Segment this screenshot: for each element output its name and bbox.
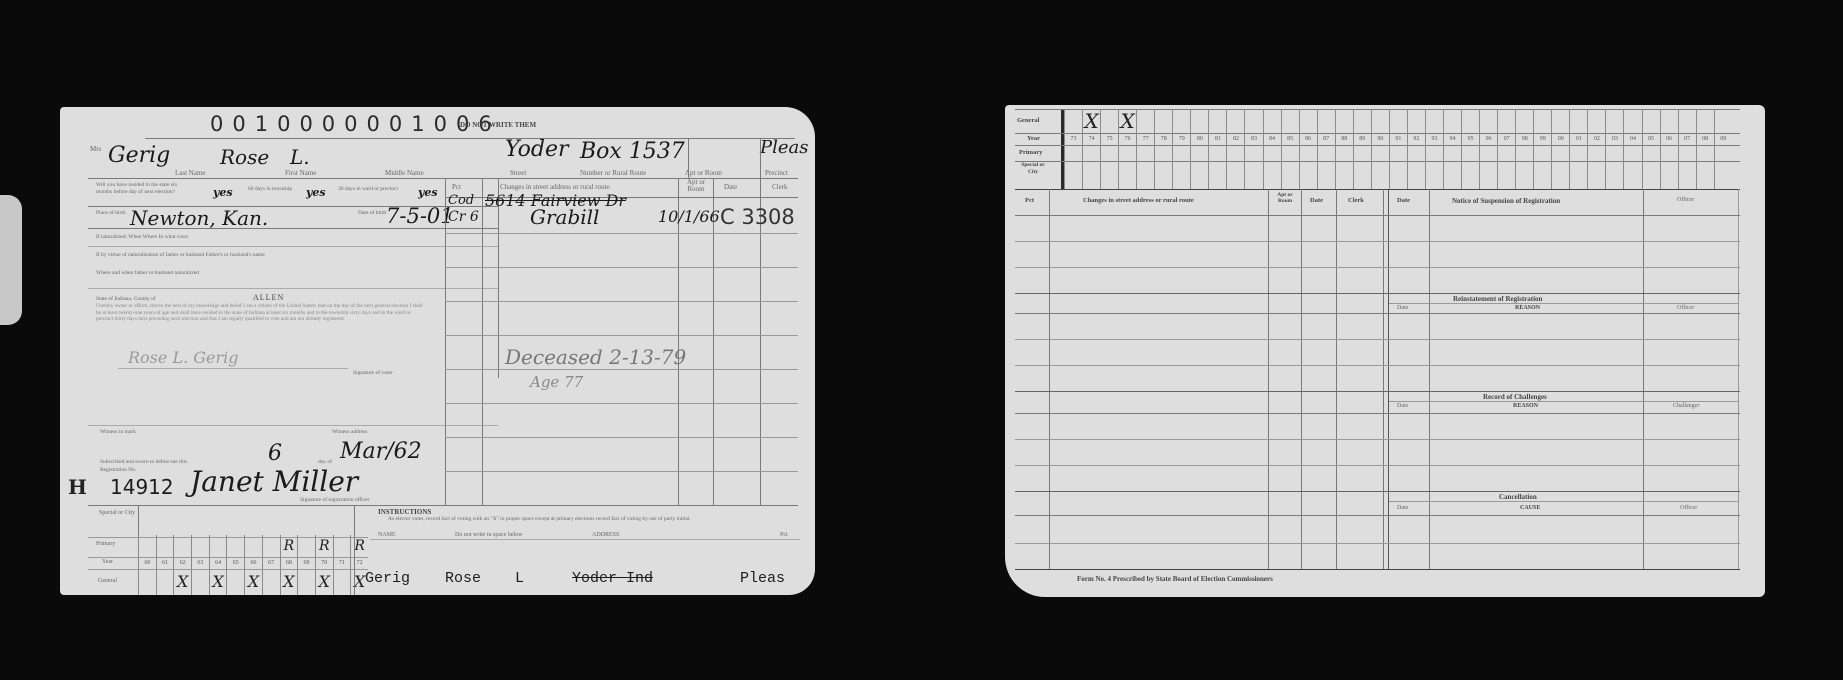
year-cell: 69	[297, 557, 315, 569]
changes-header-clerk: Clerk	[772, 183, 788, 191]
year-cell: 65	[226, 557, 244, 569]
date-of-birth: 7-5-01	[386, 204, 454, 228]
typed-precinct: Pleas	[740, 570, 785, 587]
empty-cell	[1533, 145, 1551, 189]
row-label-general: General	[98, 578, 117, 584]
primary-mark-cell	[333, 535, 351, 557]
personal-info-block: Will you have resided in the state six m…	[88, 178, 499, 378]
empty-cell	[1263, 145, 1281, 189]
registration-letter: H	[68, 475, 87, 499]
primary-mark-cell	[138, 535, 156, 557]
general-mark-cell	[1569, 109, 1587, 133]
primary-mark-cell	[297, 535, 315, 557]
form-footer: Form No. 4 Prescribed by State Board of …	[1077, 575, 1273, 583]
primary-mark-cell: R	[315, 535, 333, 557]
year-cell: 06	[1660, 133, 1678, 145]
serial-number: 0010000001006	[210, 112, 501, 136]
year-cell: 86	[1299, 133, 1317, 145]
year-cell: 05	[1642, 133, 1660, 145]
oath-text: I hereby swear or affirm, that to the be…	[96, 303, 426, 323]
year-cell: 95	[1461, 133, 1479, 145]
number-rural-route: Box 1537	[580, 139, 685, 164]
general-mark-cell	[1660, 109, 1678, 133]
changes-header-address: Changes in street address or rural route	[500, 183, 610, 191]
label-street: Street	[510, 169, 526, 177]
empty-cell	[1569, 145, 1587, 189]
empty-cell	[1425, 145, 1443, 189]
label-pct: Pct	[780, 532, 788, 538]
empty-cell	[1172, 145, 1190, 189]
empty-cell	[1605, 145, 1623, 189]
general-mark-cell	[156, 569, 174, 595]
empty-cell	[1551, 145, 1569, 189]
year-cell: 92	[1407, 133, 1425, 145]
changes-header-apt: Apt or Room	[682, 179, 710, 193]
year-cell: 04	[1623, 133, 1641, 145]
general-mark-cell: X	[1082, 109, 1100, 133]
primary-mark-cell	[209, 535, 227, 557]
year-cell: 85	[1281, 133, 1299, 145]
general-mark-cell	[1208, 109, 1226, 133]
general-mark-cell	[1281, 109, 1299, 133]
label-oath-county: State of Indiana, County of	[96, 296, 156, 302]
year-cell: 97	[1497, 133, 1515, 145]
empty-cell	[1515, 145, 1533, 189]
general-mark-cell	[1497, 109, 1515, 133]
year-cell: 80	[1190, 133, 1208, 145]
year-cell: 71	[333, 557, 351, 569]
general-mark-cell	[1678, 109, 1696, 133]
general-mark-cell	[1407, 109, 1425, 133]
registration-card-back: General Year Primary Special or City 737…	[1005, 105, 1765, 597]
label-township: 60 days in township	[248, 186, 298, 193]
label-ward: 30 days in ward or precinct	[338, 186, 403, 193]
year-cell: 94	[1443, 133, 1461, 145]
general-mark-cell	[1371, 109, 1389, 133]
reinstatement-title: Reinstatement of Registration	[1453, 295, 1542, 303]
general-mark-cell	[1642, 109, 1660, 133]
typed-address-struck: Yoder Ind	[572, 570, 653, 587]
year-cell: 91	[1389, 133, 1407, 145]
empty-cell	[1714, 145, 1732, 189]
empty-cell	[1696, 145, 1714, 189]
street: Yoder	[505, 137, 568, 162]
answer-township: yes	[306, 186, 326, 199]
suspension-header-date: Date	[1397, 197, 1410, 204]
general-mark-cell	[262, 569, 280, 595]
primary-mark-cell: R	[350, 535, 368, 557]
general-mark-cell	[1443, 109, 1461, 133]
empty-cell	[1154, 145, 1172, 189]
general-mark-cell: X	[1118, 109, 1136, 133]
label-number: Number or Rural Route	[580, 169, 646, 177]
general-mark-cell	[1533, 109, 1551, 133]
year-cell: 81	[1208, 133, 1226, 145]
general-mark-cell	[1551, 109, 1569, 133]
year-cell: 63	[191, 557, 209, 569]
general-mark-cell	[1226, 109, 1244, 133]
precinct: Pleas	[760, 137, 809, 158]
typed-first-name: Rose	[445, 570, 481, 587]
suspension-header-officer: Officer	[1677, 197, 1694, 203]
row-label-year: Year	[1027, 135, 1040, 142]
label-do-not-write: Do not write in space below	[455, 532, 522, 538]
general-mark-cell	[1714, 109, 1732, 133]
label-witness-address: Witness address	[332, 429, 367, 435]
label-place-of-birth: Place of birth	[96, 210, 126, 217]
general-mark-cell: X	[209, 569, 227, 595]
year-cell: 07	[1678, 133, 1696, 145]
year-cell: 98	[1515, 133, 1533, 145]
changes-row-1-pct: Cod	[448, 193, 474, 208]
general-mark-cell: X	[315, 569, 333, 595]
year-cell: 79	[1172, 133, 1190, 145]
title-prefix: Mrs	[90, 145, 101, 153]
general-mark-cell	[138, 569, 156, 595]
changes-header-date: Date	[724, 183, 737, 191]
registration-officer-signature: Janet Miller	[190, 465, 358, 498]
year-cell: 89	[1353, 133, 1371, 145]
general-mark-cell	[1461, 109, 1479, 133]
empty-cell	[1190, 145, 1208, 189]
typed-last-name: Gerig	[365, 570, 410, 587]
year-cell: 62	[173, 557, 191, 569]
registration-card-front: 0010000001006 DO NOT WRITE THEM Mrs Geri…	[60, 107, 815, 595]
sworn-month-year: Mar/62	[340, 439, 422, 464]
reinstatement-header-reason: REASON	[1515, 305, 1540, 311]
general-mark-cell	[1136, 109, 1154, 133]
year-cell: 96	[1479, 133, 1497, 145]
changes-row-2-pct: Cr 6	[448, 209, 479, 225]
general-mark-cell	[1515, 109, 1533, 133]
label-first-name: First Name	[285, 169, 316, 177]
last-name: Gerig	[108, 143, 170, 168]
general-mark-cell	[1605, 109, 1623, 133]
general-mark-cell	[1353, 109, 1371, 133]
year-cell: 01	[1569, 133, 1587, 145]
deceased-age-note: Age 77	[530, 373, 583, 391]
label-precinct: Precinct	[765, 169, 788, 177]
empty-cell	[1353, 145, 1371, 189]
year-row: 7374757677787980818283848586878889909192…	[1064, 133, 1732, 145]
year-cell: 61	[156, 557, 174, 569]
year-cell: 72	[350, 557, 368, 569]
empty-cell	[1317, 145, 1335, 189]
general-mark-cell: X	[244, 569, 262, 595]
year-cell: 88	[1335, 133, 1353, 145]
empty-cell	[1497, 145, 1515, 189]
label-witness-mark: Witness to mark	[100, 429, 136, 435]
year-cell: 76	[1118, 133, 1136, 145]
empty-cell	[1064, 145, 1082, 189]
general-mark-cell	[1425, 109, 1443, 133]
row-label-special: Special or City	[96, 510, 138, 517]
changes-row-2-date: 10/1/66	[658, 207, 720, 226]
label-signature-voter: Signature of voter	[353, 370, 393, 376]
challenges-header-challenger: Challenger	[1673, 403, 1699, 409]
general-mark-cell	[191, 569, 209, 595]
county: ALLEN	[253, 293, 284, 302]
general-row: XXXXXX	[138, 569, 368, 595]
year-cell: 64	[209, 557, 227, 569]
label-state-residency: Will you have resided in the state six m…	[96, 182, 191, 196]
empty-cell	[1479, 145, 1497, 189]
year-cell: 93	[1425, 133, 1443, 145]
empty-cell	[1208, 145, 1226, 189]
empty-cell	[1335, 145, 1353, 189]
general-mark-cell	[1100, 109, 1118, 133]
challenges-header-reason: REASON	[1513, 403, 1538, 409]
challenges-header-date: Date	[1397, 403, 1408, 409]
year-cell: 68	[280, 557, 298, 569]
label-father-husband: If by virtue of naturalization of father…	[96, 252, 396, 259]
general-mark-cell	[1696, 109, 1714, 133]
year-cell: 78	[1154, 133, 1172, 145]
cancellation-title: Cancellation	[1499, 493, 1537, 501]
general-mark-cell	[1172, 109, 1190, 133]
reinstatement-header-officer: Officer	[1677, 305, 1694, 311]
empty-cell	[1389, 145, 1407, 189]
year-cell: 00	[1551, 133, 1569, 145]
year-cell: 75	[1100, 133, 1118, 145]
empty-cell	[1118, 145, 1136, 189]
empty-cell	[1371, 145, 1389, 189]
label-subscribed: Subscribed and sworn to before me this	[100, 459, 187, 465]
general-mark-cell	[333, 569, 351, 595]
general-mark-cell	[1064, 109, 1082, 133]
answer-ward: yes	[418, 186, 438, 199]
year-cell: 67	[262, 557, 280, 569]
year-cell: 77	[1136, 133, 1154, 145]
empty-cell	[1281, 145, 1299, 189]
typed-middle-initial: L	[515, 570, 524, 587]
general-mark-cell	[1479, 109, 1497, 133]
cancellation-header-officer: Officer	[1680, 505, 1697, 511]
empty-cell	[1660, 145, 1678, 189]
label-middle-name: Middle Name	[385, 169, 424, 177]
general-mark-cell	[1244, 109, 1262, 133]
general-mark-cell	[1587, 109, 1605, 133]
empty-cell	[1443, 145, 1461, 189]
challenges-title: Record of Challenges	[1483, 393, 1547, 401]
label-registration-no: Registration No.	[100, 467, 136, 473]
changes-header-apt: Apt or Room	[1271, 192, 1299, 204]
empty-cell	[1642, 145, 1660, 189]
first-name: Rose	[220, 145, 269, 169]
general-mark-cell	[1335, 109, 1353, 133]
empty-cell	[1100, 145, 1118, 189]
answer-state-residency: yes	[213, 186, 233, 199]
primary-row: RRR	[138, 535, 368, 557]
year-cell: 83	[1244, 133, 1262, 145]
year-cell: 09	[1714, 133, 1732, 145]
row-label-special: Special or City	[1021, 162, 1045, 176]
label-last-name: Last Name	[175, 169, 206, 177]
label-apt: Apt or Room	[685, 169, 722, 177]
year-cell: 03	[1605, 133, 1623, 145]
row-label-primary: Primary	[96, 541, 115, 547]
instructions-title: INSTRUCTIONS	[378, 508, 431, 516]
changes-header-pct: Pct	[1025, 197, 1034, 204]
empty-cell	[1226, 145, 1244, 189]
label-signature-officer: Signature of registration officer	[300, 497, 369, 503]
label-where-when: Where and when father or husband natural…	[96, 270, 216, 277]
reinstatement-header-date: Date	[1397, 305, 1408, 311]
cancellation-header-cause: CAUSE	[1520, 505, 1540, 511]
row-label-primary: Primary	[1019, 149, 1042, 156]
scan-artifact-left-edge	[0, 195, 22, 325]
general-mark-cell	[1389, 109, 1407, 133]
year-cell: 70	[315, 557, 333, 569]
label-name: NAME	[378, 532, 396, 538]
general-mark-cell: X	[173, 569, 191, 595]
year-cell: 90	[1371, 133, 1389, 145]
middle-name: L.	[290, 145, 310, 169]
empty-cell	[1299, 145, 1317, 189]
primary-mark-cell: R	[280, 535, 298, 557]
row-label-year: Year	[102, 559, 113, 565]
year-cell: 74	[1082, 133, 1100, 145]
year-cell: 82	[1226, 133, 1244, 145]
instructions-text: As elector votes, record fact of voting …	[388, 516, 768, 523]
primary-mark-cell	[262, 535, 280, 557]
label-address: ADDRESS	[592, 532, 619, 538]
general-mark-cell	[297, 569, 315, 595]
general-mark-cell	[1154, 109, 1172, 133]
changes-row-2-clerk: C 3308	[720, 205, 795, 229]
serial-note: DO NOT WRITE THEM	[460, 121, 536, 129]
year-cell: 73	[1064, 133, 1082, 145]
empty-cell	[1407, 145, 1425, 189]
year-cell: 87	[1317, 133, 1335, 145]
year-cell: 66	[244, 557, 262, 569]
cancellation-header-date: Date	[1397, 505, 1408, 511]
year-cell: 08	[1696, 133, 1714, 145]
suspension-header-title: Notice of Suspension of Registration	[1452, 197, 1560, 205]
general-mark-cell	[1623, 109, 1641, 133]
primary-mark-cell	[226, 535, 244, 557]
empty-cell	[1678, 145, 1696, 189]
empty-cell	[1244, 145, 1262, 189]
year-row: 60616263646566676869707172	[138, 557, 368, 569]
changes-header-address: Changes in street address or rural route	[1083, 197, 1194, 204]
empty-cell	[1623, 145, 1641, 189]
changes-header-clerk: Clerk	[1348, 197, 1364, 204]
place-of-birth: Newton, Kan.	[130, 206, 268, 230]
empty-cell	[1461, 145, 1479, 189]
label-naturalized: If naturalized: When Where In what court	[96, 234, 188, 240]
year-cell: 02	[1587, 133, 1605, 145]
changes-row-2-address: Grabill	[530, 205, 599, 229]
general-row: XX	[1064, 109, 1732, 133]
general-mark-cell	[1317, 109, 1335, 133]
row-label-general: General	[1017, 117, 1039, 124]
changes-header-pct: Pct	[452, 183, 461, 191]
primary-mark-cell	[156, 535, 174, 557]
empty-cell	[1587, 145, 1605, 189]
empty-cell	[1082, 145, 1100, 189]
registration-number: 14912	[110, 475, 174, 499]
primary-special-rows	[1064, 145, 1732, 189]
general-mark-cell	[1263, 109, 1281, 133]
year-cell: 99	[1533, 133, 1551, 145]
general-mark-cell: X	[280, 569, 298, 595]
empty-cell	[1136, 145, 1154, 189]
primary-mark-cell	[173, 535, 191, 557]
year-cell: 84	[1263, 133, 1281, 145]
general-mark-cell	[1299, 109, 1317, 133]
label-date-of-birth: Date of birth	[358, 210, 388, 217]
primary-mark-cell	[191, 535, 209, 557]
voter-signature: Rose L. Gerig	[128, 348, 239, 367]
general-mark-cell	[1190, 109, 1208, 133]
deceased-note: Deceased 2-13-79	[505, 345, 686, 369]
sworn-day: 6	[268, 441, 282, 466]
general-mark-cell	[226, 569, 244, 595]
primary-mark-cell	[244, 535, 262, 557]
year-cell: 60	[138, 557, 156, 569]
changes-header-date: Date	[1310, 197, 1323, 204]
